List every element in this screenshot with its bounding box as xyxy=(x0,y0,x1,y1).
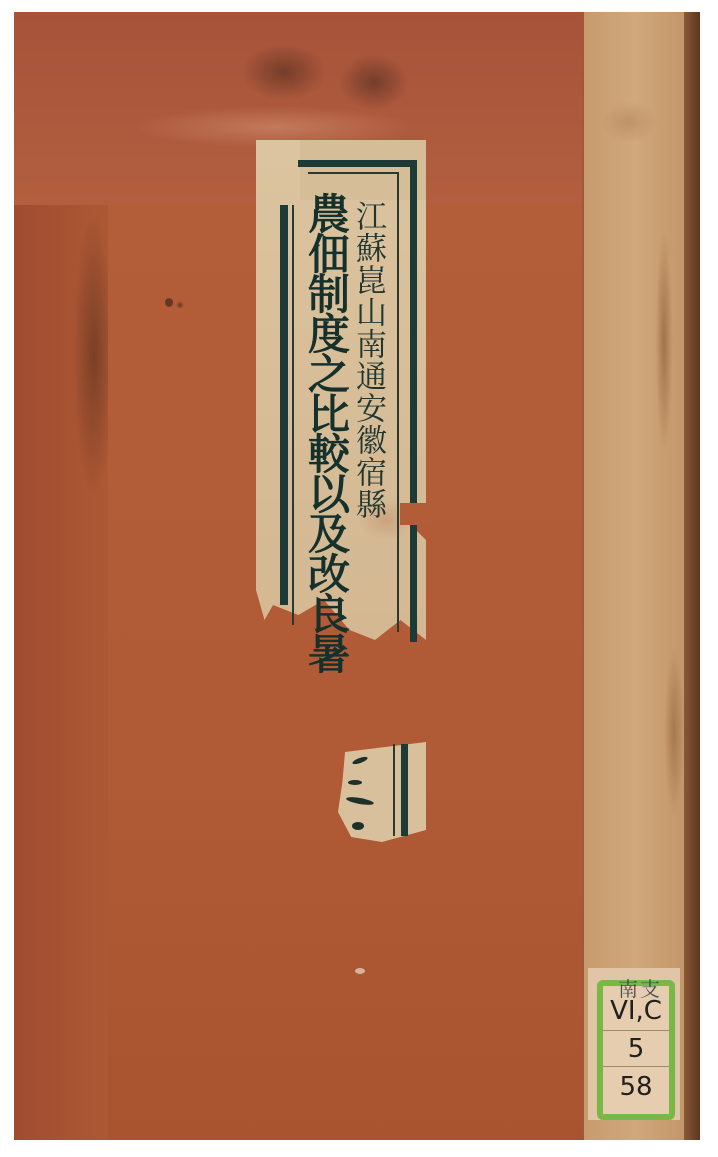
sub-title-locations: 江蘇崑山南通安徽宿縣 xyxy=(350,200,386,520)
call-number-volume: 5 xyxy=(603,1032,669,1067)
title-frame-left-thick xyxy=(280,205,288,605)
ink-stroke xyxy=(352,822,364,830)
stain-spot xyxy=(165,298,173,307)
title-frame-right-thin xyxy=(397,172,399,632)
title-frame-inner-top xyxy=(308,172,398,174)
spine-edge xyxy=(684,12,700,1140)
title-slip-tear xyxy=(400,503,430,525)
fragment-frame-thin xyxy=(393,744,395,836)
stain-spot xyxy=(355,968,365,974)
library-stamp: 南支 xyxy=(618,973,662,1002)
call-number-item: 58 xyxy=(603,1070,669,1104)
ink-stroke xyxy=(348,780,362,785)
fragment-frame-thick xyxy=(401,744,408,836)
cover-left-fold xyxy=(14,205,109,1140)
title-frame-left-thin xyxy=(292,205,294,625)
title-slip-fragment xyxy=(338,742,426,842)
main-title: 農佃制度之比較以及改良暑 xyxy=(298,192,350,672)
